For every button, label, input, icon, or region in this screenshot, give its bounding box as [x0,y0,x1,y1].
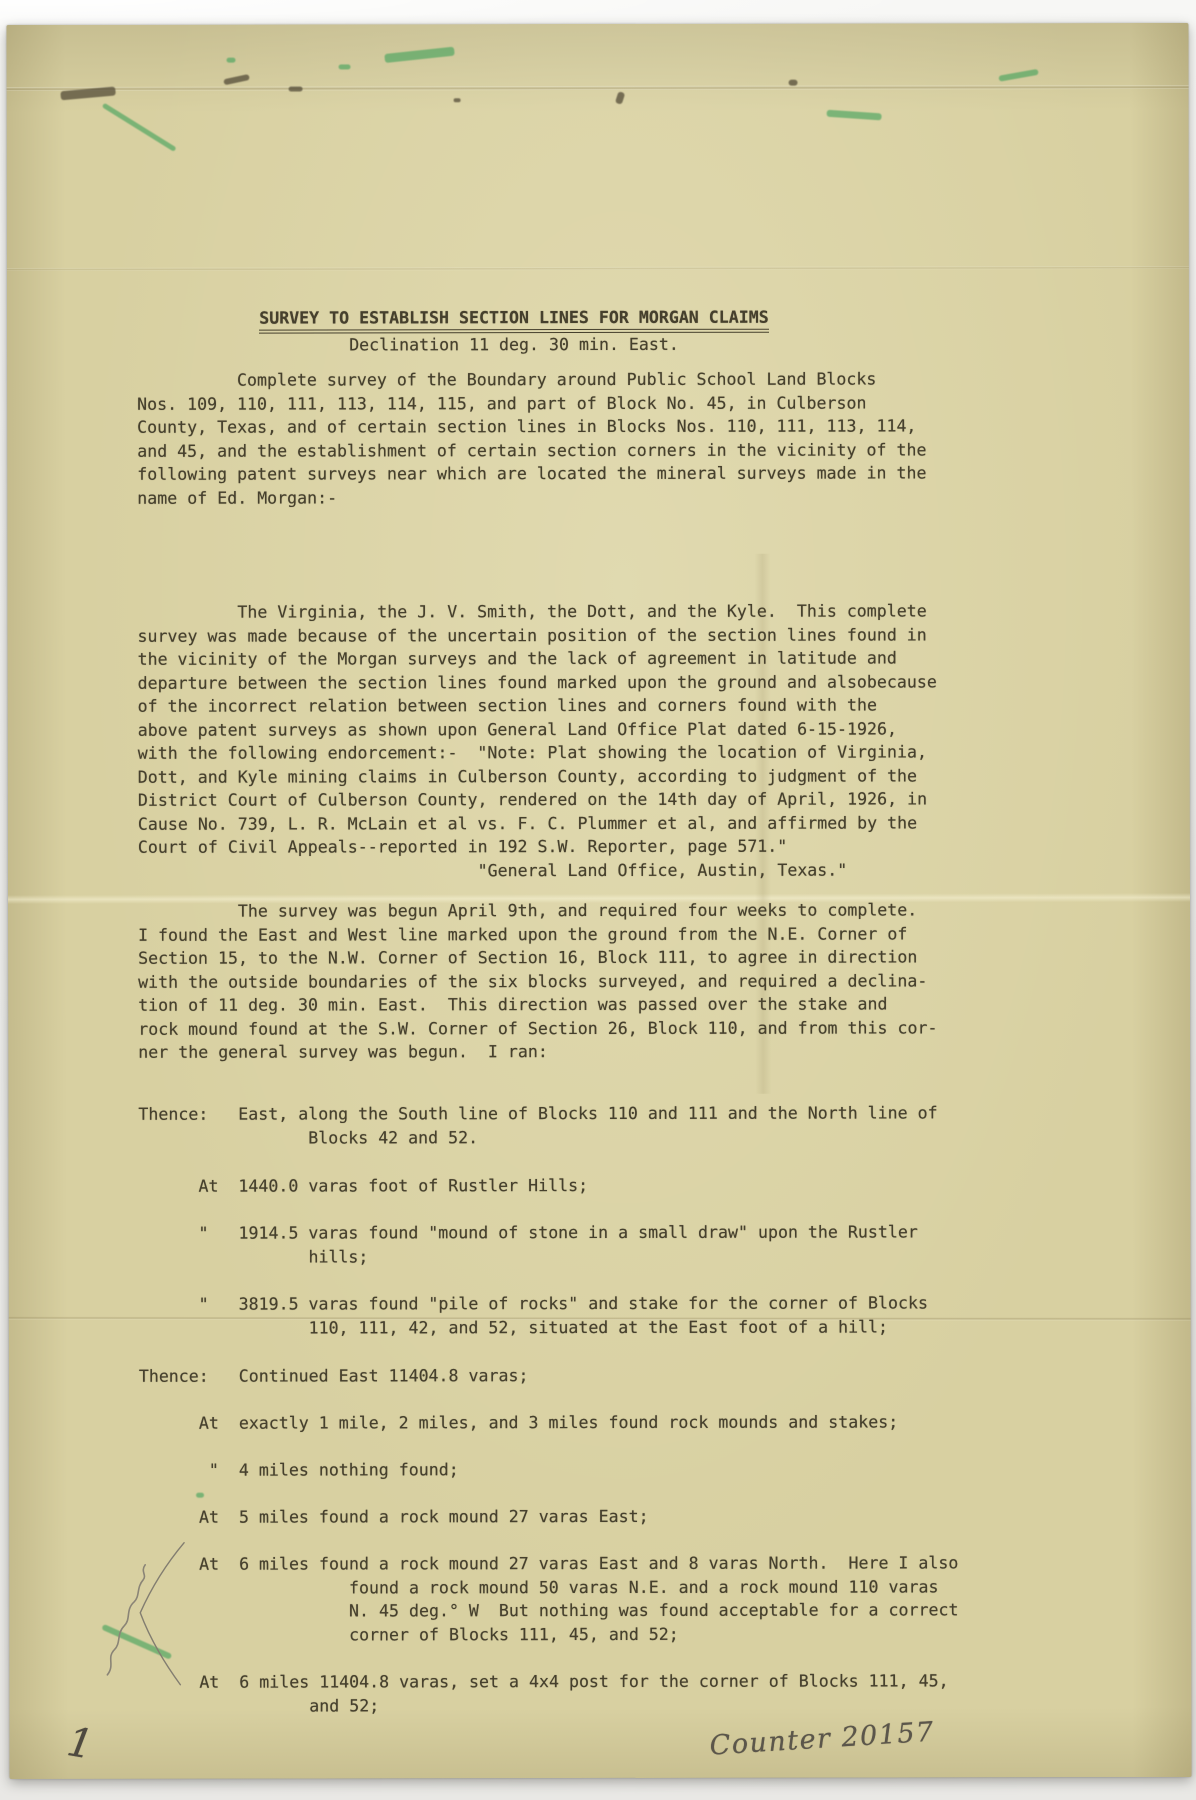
text-line: The Virginia, the J. V. Smith, the Dott,… [137,599,936,624]
pencil-bracket [140,1543,184,1685]
at-1-2-3-miles-entry: At exactly 1 mile, 2 miles, and 3 miles … [139,1410,898,1435]
text-line: ner the general survey was begun. I ran: [138,1039,937,1064]
text-line: tion of 11 deg. 30 min. East. This direc… [138,992,937,1017]
text-line: Complete survey of the Boundary around P… [137,367,926,392]
pencil-smudge [289,87,303,92]
text-line: above patent surveys as shown upon Gener… [138,717,937,742]
text-line: Cause No. 739, L. R. McLain et al vs. F.… [138,811,937,836]
text-line: 110, 111, 42, and 52, situated at the Ea… [139,1315,928,1340]
pencil-smudge [60,86,116,100]
text-line: survey was made because of the uncertain… [138,623,937,648]
at-1440-varas-entry: At 1440.0 varas foot of Rustler Hills; [138,1174,588,1198]
at-5-miles-entry: At 5 miles found a rock mound 27 varas E… [139,1505,649,1529]
text-line: At 1440.0 varas foot of Rustler Hills; [138,1174,588,1198]
green-stain [998,69,1038,82]
green-stain [102,103,177,152]
intro-paragraph: Complete survey of the Boundary around P… [137,367,926,509]
text-line: and 52; [139,1693,948,1718]
fold-crease [7,266,1189,271]
document-page: SURVEY TO ESTABLISH SECTION LINES FOR MO… [6,23,1191,1779]
text-line: "General Land Office, Austin, Texas." [138,858,937,883]
narrative-paragraph: The Virginia, the J. V. Smith, the Dott,… [137,599,937,882]
at-4-miles-entry: " 4 miles nothing found; [139,1458,459,1482]
at-3819-varas-entry: " 3819.5 varas found "pile of rocks" and… [139,1291,928,1339]
text-line: At exactly 1 mile, 2 miles, and 3 miles … [139,1410,898,1435]
text-line: following patent surveys near which are … [137,461,926,486]
text-line: Thence: Continued East 11404.8 varas; [139,1364,529,1388]
text-line: " 1914.5 varas found "mound of stone in … [139,1220,918,1245]
text-line: I found the East and West line marked up… [138,922,937,947]
text-line: At 6 miles found a rock mound 27 varas E… [139,1551,958,1576]
fold-crease [7,85,1189,91]
text-line: rock mound found at the S.W. Corner of S… [138,1016,937,1041]
text-line: found a rock mound 50 varas N.E. and a r… [139,1575,958,1600]
text-line: the vicinity of the Morgan surveys and t… [138,646,937,671]
handwritten-page-number: 1 [64,1719,97,1769]
thence-east-entry: Thence: East, along the South line of Bl… [138,1101,937,1149]
text-line: of the incorrect relation between sectio… [138,693,937,718]
text-line: corner of Blocks 111, 45, and 52; [139,1622,958,1647]
text-line: County, Texas, and of certain section li… [137,414,926,439]
pencil-smudge [454,98,461,102]
text-line: Blocks 42 and 52. [138,1125,937,1150]
document-subtitle: Declination 11 deg. 30 min. East. [257,333,771,357]
text-line: name of Ed. Morgan:- [137,485,926,510]
text-line: At 5 miles found a rock mound 27 varas E… [139,1505,649,1529]
pencil-smudge [223,74,250,85]
text-line: with the outside boundaries of the six b… [138,969,937,994]
scanned-document-photo: { "colors": { "paper": "#d8d0a1", "typew… [0,0,1196,1800]
text-line: Court of Civil Appeals--reported in 192 … [138,834,937,859]
pencil-margin-note [87,1513,197,1698]
green-stain [227,58,236,63]
pencil-word-squiggle [107,1565,145,1675]
text-line: " 3819.5 varas found "pile of rocks" and… [139,1291,928,1316]
text-line: Section 15, to the N.W. Corner of Sectio… [138,945,937,970]
green-stain [826,110,881,121]
pencil-smudge [615,91,625,105]
text-line: Dott, and Kyle mining claims in Culberso… [138,764,937,789]
thence-continued-entry: Thence: Continued East 11404.8 varas; [139,1364,529,1388]
text-line: N. 45 deg.° W But nothing was found acce… [139,1598,958,1623]
text-line: Thence: East, along the South line of Bl… [138,1101,937,1126]
survey-start-paragraph: The survey was begun April 9th, and requ… [138,898,938,1064]
text-line: At 6 miles 11404.8 varas, set a 4x4 post… [139,1669,948,1694]
at-6-miles-entry: At 6 miles found a rock mound 27 varas E… [139,1551,958,1646]
at-6-miles-post-entry: At 6 miles 11404.8 varas, set a 4x4 post… [139,1669,948,1717]
pencil-smudge [789,80,798,86]
text-line: hills; [139,1244,918,1269]
text-line: " 4 miles nothing found; [139,1458,459,1482]
text-line: The survey was begun April 9th, and requ… [138,898,937,923]
document-title: SURVEY TO ESTABLISH SECTION LINES FOR MO… [259,308,769,334]
text-line: Nos. 109, 110, 111, 113, 114, 115, and p… [137,391,926,416]
handwritten-counter-note: Counter 20157 [709,1717,936,1762]
document-header: SURVEY TO ESTABLISH SECTION LINES FOR MO… [257,308,771,357]
green-stain [196,1493,204,1498]
green-stain [384,47,455,63]
text-line: departure between the section lines foun… [138,670,937,695]
at-1914-varas-entry: " 1914.5 varas found "mound of stone in … [139,1220,918,1268]
green-stain [339,64,351,69]
text-line: District Court of Culberson County, rend… [138,787,937,812]
text-line: with the following endorcement:- "Note: … [138,740,937,765]
text-line: and 45, and the establishment of certain… [137,438,926,463]
